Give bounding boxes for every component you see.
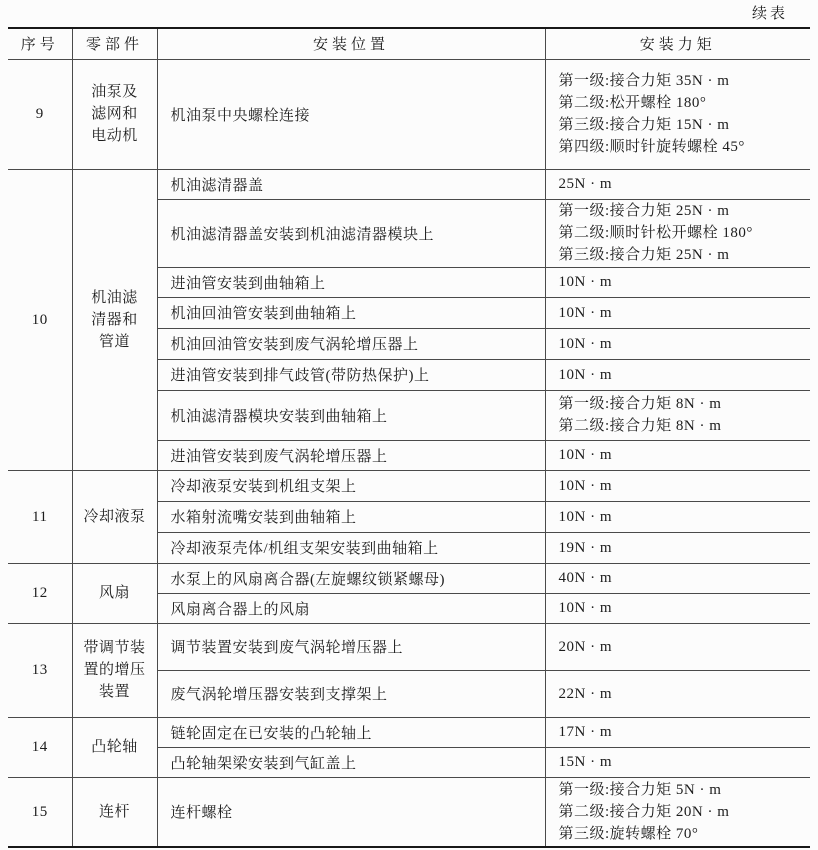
install-position: 进油管安装到废气涡轮增压器上 <box>157 440 545 470</box>
install-position: 机油滤清器模块安装到曲轴箱上 <box>157 390 545 440</box>
install-torque: 10N · m <box>545 267 810 297</box>
install-position: 水泵上的风扇离合器(左旋螺纹锁紧螺母) <box>157 563 545 593</box>
table-row: 12 风扇 水泵上的风扇离合器(左旋螺纹锁紧螺母) 40N · m <box>8 563 810 593</box>
part-name: 冷却液泵 <box>72 470 157 563</box>
part-name: 带调节装 置的增压 装置 <box>72 623 157 717</box>
install-position: 进油管安装到曲轴箱上 <box>157 267 545 297</box>
install-torque: 10N · m <box>545 359 810 390</box>
header-serial-number: 序号 <box>8 28 72 59</box>
table-header-row: 序号 零部件 安装位置 安装力矩 <box>8 28 810 59</box>
serial-number: 14 <box>8 717 72 777</box>
part-name: 凸轮轴 <box>72 717 157 777</box>
install-torque: 10N · m <box>545 501 810 532</box>
install-torque: 第一级:接合力矩 35N · m 第二级:松开螺栓 180° 第三级:接合力矩 … <box>545 59 810 169</box>
part-name: 风扇 <box>72 563 157 623</box>
part-name: 连杆 <box>72 777 157 847</box>
part-name: 油泵及 滤网和 电动机 <box>72 59 157 169</box>
serial-number: 15 <box>8 777 72 847</box>
serial-number: 12 <box>8 563 72 623</box>
install-torque: 19N · m <box>545 532 810 563</box>
install-position: 机油泵中央螺栓连接 <box>157 59 545 169</box>
header-install-torque: 安装力矩 <box>545 28 810 59</box>
table-continued-label: 续表 <box>0 0 818 27</box>
install-position: 冷却液泵安装到机组支架上 <box>157 470 545 501</box>
table-row: 13 带调节装 置的增压 装置 调节装置安装到废气涡轮增压器上 20N · m <box>8 623 810 670</box>
install-torque: 40N · m <box>545 563 810 593</box>
header-install-position: 安装位置 <box>157 28 545 59</box>
install-position: 风扇离合器上的风扇 <box>157 593 545 623</box>
install-position: 链轮固定在已安装的凸轮轴上 <box>157 717 545 747</box>
serial-number: 9 <box>8 59 72 169</box>
install-torque: 22N · m <box>545 670 810 717</box>
install-torque: 17N · m <box>545 717 810 747</box>
serial-number: 13 <box>8 623 72 717</box>
table-row: 11 冷却液泵 冷却液泵安装到机组支架上 10N · m <box>8 470 810 501</box>
install-torque: 10N · m <box>545 440 810 470</box>
serial-number: 10 <box>8 169 72 470</box>
table-row: 15 连杆 连杆螺栓 第一级:接合力矩 5N · m 第二级:接合力矩 20N … <box>8 777 810 847</box>
part-name: 机油滤 清器和 管道 <box>72 169 157 470</box>
table-row: 10 机油滤 清器和 管道 机油滤清器盖 25N · m <box>8 169 810 199</box>
install-torque: 第一级:接合力矩 8N · m 第二级:接合力矩 8N · m <box>545 390 810 440</box>
install-torque: 20N · m <box>545 623 810 670</box>
install-position: 冷却液泵壳体/机组支架安装到曲轴箱上 <box>157 532 545 563</box>
install-position: 凸轮轴架梁安装到气缸盖上 <box>157 747 545 777</box>
torque-spec-table: 序号 零部件 安装位置 安装力矩 9 油泵及 滤网和 电动机 机油泵中央螺栓连接… <box>8 27 810 848</box>
install-position: 机油回油管安装到废气涡轮增压器上 <box>157 328 545 359</box>
install-torque: 15N · m <box>545 747 810 777</box>
install-position: 调节装置安装到废气涡轮增压器上 <box>157 623 545 670</box>
header-part-name: 零部件 <box>72 28 157 59</box>
install-position: 进油管安装到排气歧管(带防热保护)上 <box>157 359 545 390</box>
install-position: 机油滤清器盖安装到机油滤清器模块上 <box>157 199 545 267</box>
install-position: 机油回油管安装到曲轴箱上 <box>157 297 545 328</box>
table-row: 9 油泵及 滤网和 电动机 机油泵中央螺栓连接 第一级:接合力矩 35N · m… <box>8 59 810 169</box>
install-torque: 第一级:接合力矩 25N · m 第二级:顺时针松开螺栓 180° 第三级:接合… <box>545 199 810 267</box>
install-torque: 10N · m <box>545 470 810 501</box>
install-position: 废气涡轮增压器安装到支撑架上 <box>157 670 545 717</box>
document-page: 续表 序号 零部件 安装位置 安装力矩 9 油泵及 滤网和 电动机 机油泵中央螺… <box>0 0 818 850</box>
install-torque: 第一级:接合力矩 5N · m 第二级:接合力矩 20N · m 第三级:旋转螺… <box>545 777 810 847</box>
install-torque: 25N · m <box>545 169 810 199</box>
install-torque: 10N · m <box>545 328 810 359</box>
serial-number: 11 <box>8 470 72 563</box>
table-row: 14 凸轮轴 链轮固定在已安装的凸轮轴上 17N · m <box>8 717 810 747</box>
install-position: 水箱射流嘴安装到曲轴箱上 <box>157 501 545 532</box>
install-position: 连杆螺栓 <box>157 777 545 847</box>
install-torque: 10N · m <box>545 593 810 623</box>
install-torque: 10N · m <box>545 297 810 328</box>
install-position: 机油滤清器盖 <box>157 169 545 199</box>
